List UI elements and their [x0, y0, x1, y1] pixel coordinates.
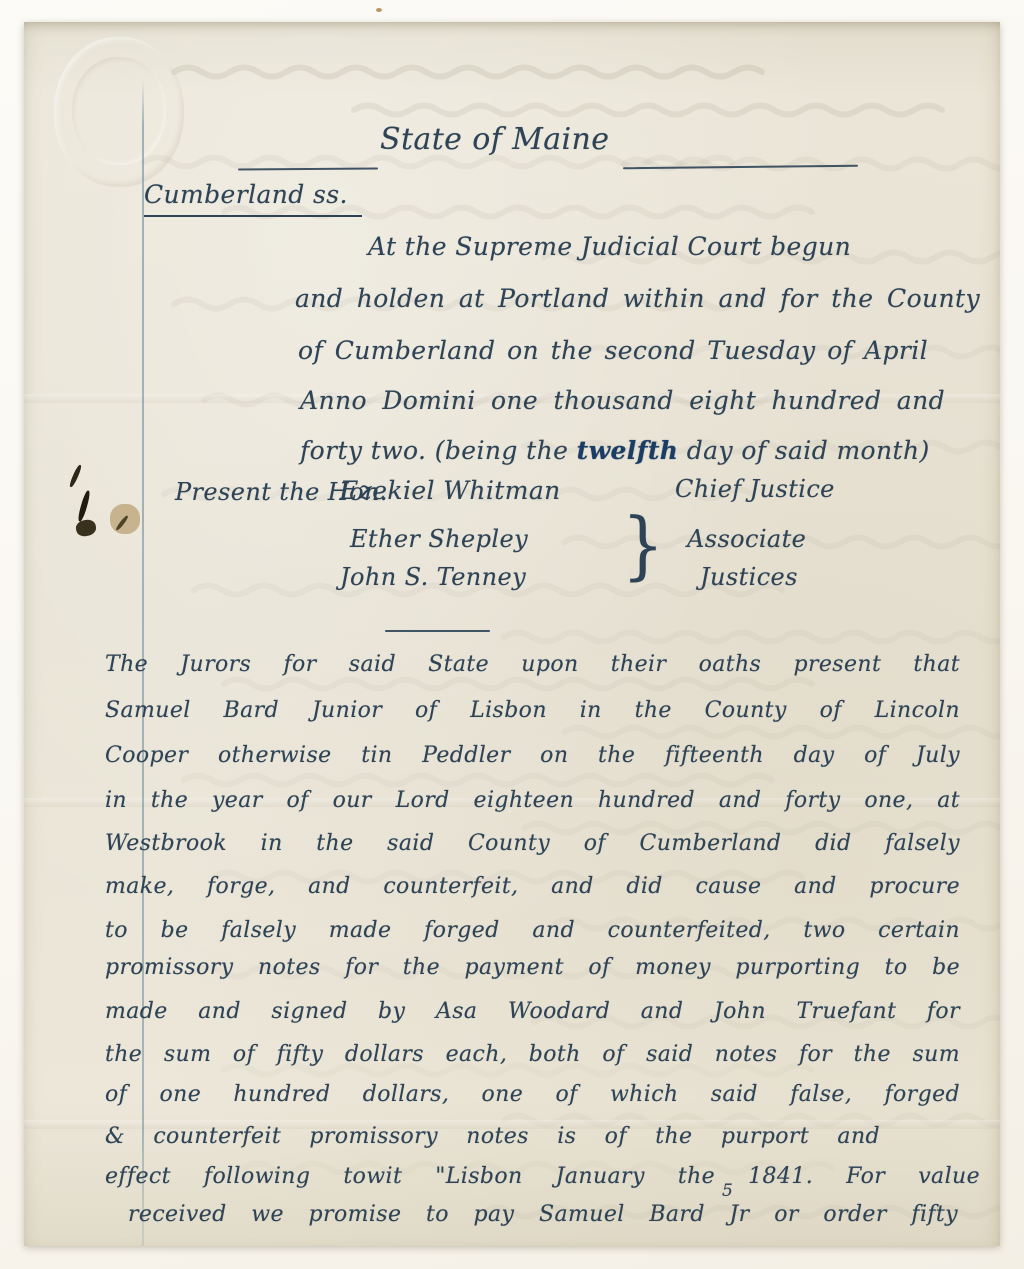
preamble-line-3: of Cumberland on the second Tuesday of A… — [298, 336, 928, 366]
interlinear-insertion: 5 — [722, 1181, 733, 1201]
associate-title-line-1: Associate — [687, 525, 806, 554]
body-line: effect following towit "Lisbon January t… — [105, 1164, 980, 1190]
document-page: State of Maine Cumberland ss. At the Sup… — [24, 22, 1000, 1246]
title-rule-left — [238, 168, 378, 171]
body-line: promissory notes for the payment of mone… — [105, 955, 960, 981]
body-line: Westbrook in the said County of Cumberla… — [105, 831, 960, 857]
body-line: Samuel Bard Junior of Lisbon in the Coun… — [105, 698, 960, 724]
preamble-line-1: At the Supreme Judicial Court begun — [368, 232, 851, 262]
title-rule-right — [623, 165, 858, 169]
associate-justice-name-2: John S. Tenney — [340, 563, 526, 592]
county-heading: Cumberland ss. — [144, 180, 362, 217]
body-line: Cooper otherwise tin Peddler on the fift… — [105, 743, 960, 769]
document-title: State of Maine — [380, 122, 609, 158]
associate-justice-name-1: Ether Shepley — [350, 525, 528, 554]
body-line: & counterfeit promissory notes is of the… — [105, 1124, 880, 1150]
body-line: in the year of our Lord eighteen hundred… — [105, 788, 960, 814]
embossed-seal — [54, 37, 184, 187]
preamble-line-4: Anno Domini one thousand eight hundred a… — [300, 386, 945, 416]
preamble-line5-post: day of said month) — [678, 436, 929, 465]
body-line: of one hundred dollars, one of which sai… — [105, 1082, 960, 1108]
body-line: to be falsely made forged and counterfei… — [105, 918, 960, 944]
associate-title-line-2: Justices — [700, 563, 798, 592]
preamble-line5-corrected-word: twelfth — [577, 436, 679, 465]
body-line: the sum of fifty dollars each, both of s… — [105, 1042, 960, 1068]
paper-speck — [376, 8, 382, 12]
section-divider — [385, 630, 490, 632]
body-line: make, forge, and counterfeit, and did ca… — [105, 874, 960, 900]
body-line: made and signed by Asa Woodard and John … — [105, 999, 960, 1025]
chief-justice-title: Chief Justice — [675, 475, 835, 504]
preamble-line5-pre: forty two. (being the — [300, 436, 577, 465]
chief-justice-name: Ezekiel Whitman — [340, 476, 561, 506]
body-line: The Jurors for said State upon their oat… — [105, 652, 960, 678]
preamble-line-2: and holden at Portland within and for th… — [295, 284, 980, 314]
preamble-line-5: forty two. (being the twelfth day of sai… — [300, 436, 930, 466]
justices-brace: } — [622, 512, 664, 579]
body-line: received we promise to pay Samuel Bard J… — [128, 1202, 958, 1228]
